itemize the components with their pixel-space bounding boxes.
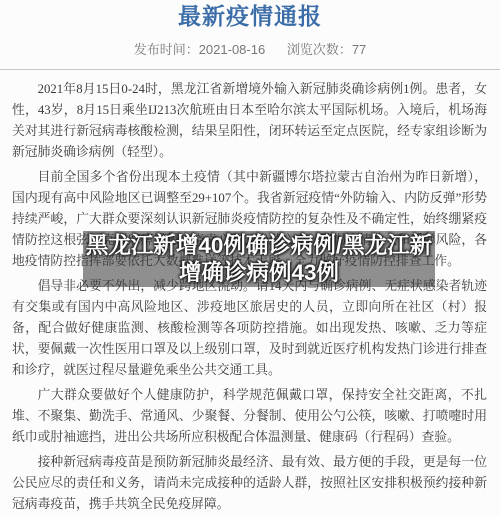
body-paragraph: 广大群众要做好个人健康防护，科学规范佩戴口罩，保持安全社交距离，不扎堆、不聚集、… [12,385,487,448]
watermark-headline-text: 黑龙江新增40例确诊病例/黑龙江新增确诊病例43例 [85,232,433,286]
article-body: 2021年8月15日0-24时，黑龙江省新增境外输入新冠肺炎确诊病例1例。患者，… [0,70,500,515]
meta-row: 发布时间：2021-08-16 浏览次数：77 [0,43,500,57]
publish-date: 发布时间：2021-08-16 [134,42,266,57]
body-paragraph: 接种新冠病毒疫苗是预防新冠肺炎最经济、最有效、最方便的手段，更是每一位公民应尽的… [12,452,487,515]
view-count: 浏览次数：77 [287,42,366,57]
body-paragraph: 2021年8月15日0-24时，黑龙江省新增境外输入新冠肺炎确诊病例1例。患者，… [12,79,487,163]
watermark-headline-overlay: 黑龙江新增40例确诊病例/黑龙江新增确诊病例43例 [83,231,435,287]
notice-page: 最新疫情通报 发布时间：2021-08-16 浏览次数：77 2021年8月15… [0,0,500,517]
body-paragraph: 倡导非必要不外出，减少跨地区流动。请14天内与确诊病例、无症状感染者轨迹有交集或… [12,276,487,381]
page-title: 最新疫情通报 [0,0,500,30]
